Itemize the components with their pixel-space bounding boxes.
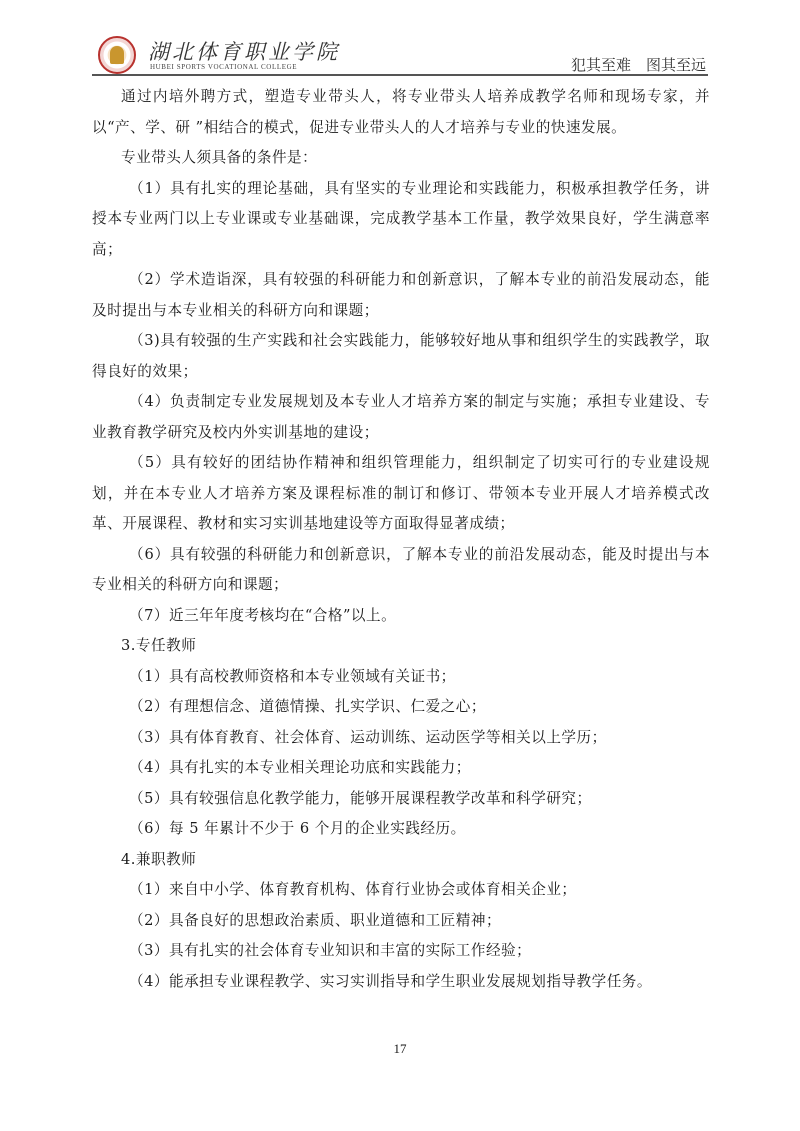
condition-item: （2）学术造诣深，具有较强的科研能力和创新意识，了解本专业的前沿发展动态，能及时… xyxy=(92,265,710,326)
list-item: （1）来自中小学、体育教育机构、体育行业协会或体育相关企业； xyxy=(92,875,710,906)
college-name-cn: 湖北体育职业学院 xyxy=(148,36,340,66)
list-item: （4）具有扎实的本专业相关理论功底和实践能力； xyxy=(92,753,710,784)
college-motto: 犯其至难 图其至远 xyxy=(571,54,706,75)
condition-item: （4）负责制定专业发展规划及本专业人才培养方案的制定与实施；承担专业建设、专业教… xyxy=(92,387,710,448)
college-name-en: HUBEI SPORTS VOCATIONAL COLLEGE xyxy=(150,63,297,71)
condition-item: （7）近三年年度考核均在“合格”以上。 xyxy=(92,601,710,632)
condition-item: （6）具有较强的科研能力和创新意识，了解本专业的前沿发展动态，能及时提出与本专业… xyxy=(92,540,710,601)
condition-item: （1）具有扎实的理论基础，具有坚实的专业理论和实践能力，积极承担教学任务，讲授本… xyxy=(92,174,710,266)
college-seal-icon xyxy=(98,36,136,74)
section-heading: 3.专任教师 xyxy=(92,631,710,662)
list-item: （2）有理想信念、道德情操、扎实学识、仁爱之心； xyxy=(92,692,710,723)
paragraph: 通过内培外聘方式，塑造专业带头人，将专业带头人培养成教学名师和现场专家，并以“产… xyxy=(92,82,710,143)
document-body: 通过内培外聘方式，塑造专业带头人，将专业带头人培养成教学名师和现场专家，并以“产… xyxy=(92,82,710,997)
building-icon xyxy=(110,46,124,64)
list-item: （1）具有高校教师资格和本专业领域有关证书； xyxy=(92,662,710,693)
section-heading: 4.兼职教师 xyxy=(92,845,710,876)
list-item: （6）每 5 年累计不少于 6 个月的企业实践经历。 xyxy=(92,814,710,845)
condition-item: （5）具有较好的团结协作精神和组织管理能力，组织制定了切实可行的专业建设规划，并… xyxy=(92,448,710,540)
list-item: （3）具有扎实的社会体育专业知识和丰富的实际工作经验； xyxy=(92,936,710,967)
condition-item: （3)具有较强的生产实践和社会实践能力，能够较好地从事和组织学生的实践教学，取得… xyxy=(92,326,710,387)
header-divider xyxy=(92,74,708,76)
page-header: 湖北体育职业学院 HUBEI SPORTS VOCATIONAL COLLEGE… xyxy=(92,34,708,76)
list-item: （2）具备良好的思想政治素质、职业道德和工匠精神； xyxy=(92,906,710,937)
list-item: （5）具有较强信息化教学能力，能够开展课程教学改革和科学研究； xyxy=(92,784,710,815)
list-item: （3）具有体育教育、社会体育、运动训练、运动医学等相关以上学历； xyxy=(92,723,710,754)
paragraph: 专业带头人须具备的条件是： xyxy=(92,143,710,174)
page-number: 17 xyxy=(0,1041,800,1057)
list-item: （4）能承担专业课程教学、实习实训指导和学生职业发展规划指导教学任务。 xyxy=(92,967,710,998)
